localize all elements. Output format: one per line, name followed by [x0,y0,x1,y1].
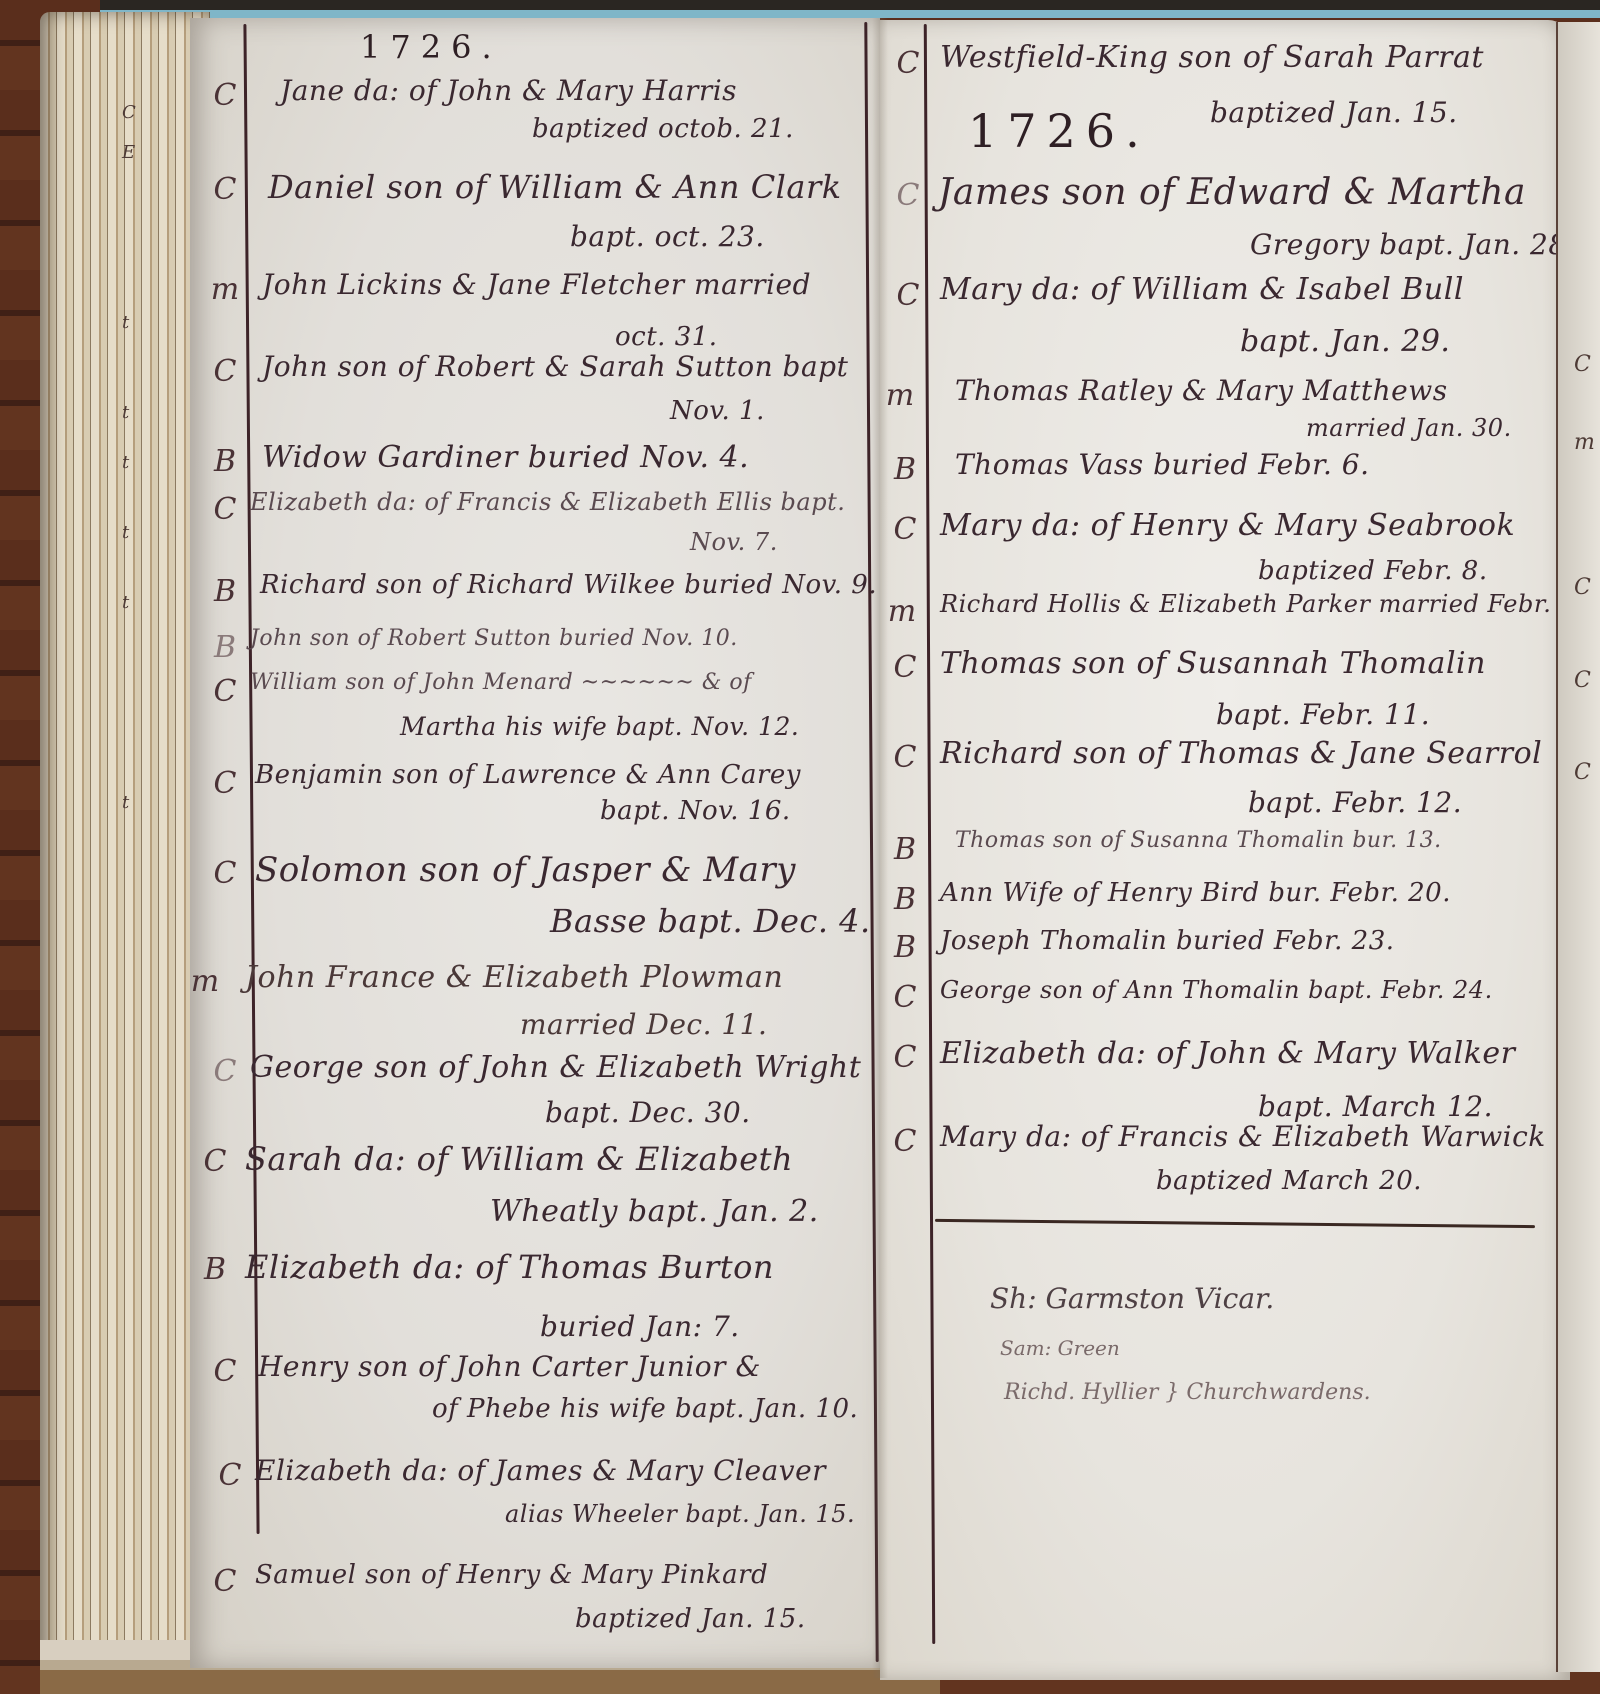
entry-text: Ann Wife of Henry Bird bur. Febr. 20. [940,878,1451,908]
entry-text: John son of Robert Sutton buried Nov. 10… [250,626,738,651]
next-page-letter: C [1574,575,1591,600]
entry-type-code: C [205,1564,245,1599]
entry-text: John Lickins & Jane Fletcher married [262,268,811,301]
entry-text: Thomas Vass buried Febr. 6. [955,448,1369,481]
entry-type-code: m [882,594,922,629]
entry-date: married Dec. 11. [520,1008,767,1041]
entry-type-code: C [888,278,928,313]
entry-date: Gregory bapt. Jan. 28. [1250,228,1576,261]
entry-date: of Phebe his wife bapt. Jan. 10. [432,1394,858,1424]
entry-text: Mary da: of Francis & Elizabeth Warwick [940,1120,1546,1153]
entry-type-code: C [210,1458,250,1493]
entry-text: Elizabeth da: of Thomas Burton [245,1248,774,1286]
entry-text: Thomas Ratley & Mary Matthews [955,374,1448,407]
entry-date: bapt. Nov. 16. [600,796,791,826]
entry-date: married Jan. 30. [1306,414,1512,442]
entry-type-code: C [205,78,245,113]
entry-type-code: m [205,272,245,307]
entry-text: Sarah da: of William & Elizabeth [245,1140,793,1178]
entry-type-code: m [185,964,225,999]
entry-text: George son of Ann Thomalin bapt. Febr. 2… [940,976,1493,1004]
entry-date: Nov. 7. [690,528,778,556]
entry-type-code: C [888,178,928,213]
entry-type-code: m [880,378,920,413]
entry-type-code: B [205,574,245,609]
entry-text: Elizabeth da: of James & Mary Cleaver [255,1454,826,1487]
entry-type-code: C [205,1054,245,1089]
entry-type-code: C [888,46,928,81]
entry-type-code: B [205,630,245,665]
entry-type-code: B [885,452,925,487]
entry-type-code: B [205,444,245,479]
entry-text: James son of Edward & Martha [938,172,1526,213]
vicar-signature: Sh: Garmston Vicar. [990,1282,1274,1315]
entry-text: William son of John Menard ~~~~~~ & of [250,670,752,695]
entry-text: John son of Robert & Sarah Sutton bapt [262,350,848,383]
stack-letter: E [122,142,135,163]
year-heading-left: 1726. [360,28,502,66]
churchwarden-signature: Sam: Green [1000,1336,1120,1360]
blue-cover-edge [100,0,1600,18]
next-page-letter: C [1574,352,1591,377]
entry-date: baptized Jan. 15. [1210,96,1458,129]
entry-date: alias Wheeler bapt. Jan. 15. [505,1500,855,1528]
entry-text: Richard Hollis & Elizabeth Parker marrie… [940,590,1551,618]
stack-letter: t [122,452,129,473]
entry-date: Nov. 1. [670,396,765,426]
entry-type-code: C [885,512,925,547]
entry-type-code: B [885,930,925,965]
entry-text: Henry son of John Carter Junior & [258,1350,761,1383]
stack-letter: t [122,312,129,333]
entry-text: John France & Elizabeth Plowman [245,960,783,995]
entry-type-code: B [195,1252,235,1287]
entry-date: Wheatly bapt. Jan. 2. [490,1194,819,1229]
entry-type-code: C [205,354,245,389]
entry-text: Solomon son of Jasper & Mary [255,850,796,890]
next-page-letter: C [1574,668,1591,693]
stack-letter: t [122,522,129,543]
left-page-stack: C E t t t t t t [40,12,210,1682]
entry-text: Daniel son of William & Ann Clark [268,168,842,206]
entry-type-code: C [205,766,245,801]
stack-letter: t [122,592,129,613]
next-page-letter: C [1574,760,1591,785]
entry-type-code: C [885,980,925,1015]
entry-type-code: C [205,492,245,527]
entry-text: Thomas son of Susannah Thomalin [940,646,1486,681]
entry-date: bapt. Febr. 12. [1248,786,1462,819]
entry-text: Jane da: of John & Mary Harris [280,74,737,107]
entry-text: Westfield-King son of Sarah Parrat [940,40,1484,75]
year-heading-right: 1726. [968,104,1150,158]
entry-text: Mary da: of Henry & Mary Seabrook [940,508,1515,543]
entry-date: bapt. oct. 23. [570,220,765,253]
entry-date: buried Jan: 7. [540,1310,740,1343]
entry-text: Benjamin son of Lawrence & Ann Carey [255,760,801,790]
entry-date: Basse bapt. Dec. 4. [550,902,871,940]
entry-text: George son of John & Elizabeth Wright [250,1050,861,1085]
stack-letter: C [122,102,136,123]
entry-type-code: C [885,650,925,685]
stack-letter: t [122,792,129,813]
entry-date: bapt. Jan. 29. [1240,324,1450,359]
entry-text: Elizabeth da: of Francis & Elizabeth Ell… [250,488,845,516]
entry-type-code: B [885,832,925,867]
entry-type-code: C [885,1040,925,1075]
entry-type-code: C [205,1354,245,1389]
entry-text: Elizabeth da: of John & Mary Walker [940,1036,1516,1071]
entry-text: Richard son of Richard Wilkee buried Nov… [260,570,877,600]
churchwarden-signature: Richd. Hyllier } Churchwardens. [1004,1380,1371,1405]
entry-type-code: C [195,1144,235,1179]
entry-text: Mary da: of William & Isabel Bull [940,272,1464,307]
entry-date: bapt. Dec. 30. [545,1096,751,1129]
entry-text: Thomas son of Susanna Thomalin bur. 13. [955,828,1442,853]
entry-type-code: C [205,856,245,891]
entry-text: Joseph Thomalin buried Febr. 23. [940,926,1395,956]
entry-type-code: B [885,882,925,917]
entry-date: oct. 31. [615,322,718,352]
entry-date: Martha his wife bapt. Nov. 12. [400,712,799,741]
next-page-edge [1556,22,1600,1672]
entry-text: Richard son of Thomas & Jane Searrol [940,736,1542,771]
entry-date: bapt. March 12. [1258,1090,1493,1123]
entry-date: baptized octob. 21. [532,114,794,144]
entry-type-code: C [205,674,245,709]
entry-type-code: C [205,172,245,207]
next-page-letter: m [1574,430,1595,455]
entry-type-code: C [885,740,925,775]
entry-date: baptized Jan. 15. [575,1604,806,1634]
entry-date: baptized Febr. 8. [1258,556,1488,586]
entry-type-code: C [885,1124,925,1159]
stack-letter: t [122,402,129,423]
entry-text: Samuel son of Henry & Mary Pinkard [255,1560,768,1590]
entry-date: bapt. Febr. 11. [1216,698,1430,731]
entry-date: baptized March 20. [1156,1166,1422,1196]
entry-text: Widow Gardiner buried Nov. 4. [262,440,749,475]
